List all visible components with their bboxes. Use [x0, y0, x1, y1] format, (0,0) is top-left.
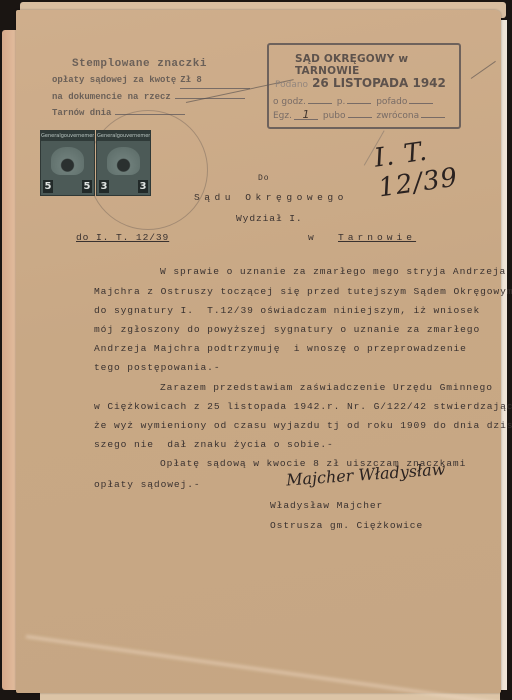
addressee-city: Tarnowie: [338, 232, 416, 243]
receipt-date-label: Podano: [275, 80, 308, 90]
revenue-stamp-header: Generalgouvernement: [97, 131, 150, 141]
stamp-field-row: o godz. p. pofado: [273, 97, 435, 107]
stamp-field-row: Egz.1 pubo zwrócona: [273, 111, 447, 121]
body-line: opłaty sądowej.-: [94, 479, 201, 490]
body-line: w Ciężkowicach z 25 listopada 1942.r. Nr…: [94, 401, 512, 412]
body-line: Zarazem przedstawiam zaświadczenie Urzęd…: [160, 382, 493, 393]
stamp-field-label: o godz.: [273, 97, 306, 107]
fee-stamp-label: Tarnów dnia: [52, 108, 111, 118]
body-line: Andrzeja Majchra podtrzymuję i wnoszę o …: [94, 343, 467, 354]
fee-stamp-title: Stemplowane znaczki: [72, 56, 252, 72]
denomination: 3: [99, 180, 109, 193]
stamp-field-label: pubo: [323, 111, 346, 121]
stamp-field-label: p.: [337, 97, 346, 107]
document-page: Stemplowane znaczki opłaty sądowej za kw…: [16, 10, 501, 693]
body-line: tego postępowania.-: [94, 362, 221, 373]
body-line: szego nie dał znaku życia o sobie.-: [94, 439, 334, 450]
stamp-field-label: Egz.: [273, 111, 292, 121]
eagle-emblem-icon: [51, 147, 84, 175]
body-line: że wyż wymieniony od czasu wyjazdu tj od…: [94, 420, 512, 431]
signatory-address: Ostrusza gm. Ciężkowice: [270, 520, 423, 531]
denomination: 5: [82, 180, 92, 193]
body-line: mój zgłoszony do powyższej sygnatury o u…: [94, 324, 480, 335]
body-line: Majchra z Ostruszy toczącej się przed tu…: [94, 286, 512, 297]
fee-stamp-row: na dokumencie na rzecz: [52, 89, 252, 105]
revenue-stamp: Generalgouvernement 3 3: [96, 130, 151, 196]
revenue-stamp-header: Generalgouvernement: [41, 131, 94, 141]
stamp-field-label: pofado: [376, 97, 407, 107]
egz-count: 1: [294, 111, 318, 120]
signatory-name: Władysław Majcher: [270, 500, 383, 511]
fee-stamp-row: opłaty sądowej za kwotęZł 8: [52, 72, 252, 89]
court-name: SĄD OKRĘGOWY w TARNOWIE: [295, 53, 459, 77]
body-line: do sygnatury I. T.12/39 oświadczam ninie…: [94, 305, 480, 316]
case-reference: do I. T. 12/39: [76, 232, 169, 243]
fee-stamp-fill: Zł 8: [180, 72, 250, 89]
stamp-field-label: zwrócona: [376, 111, 419, 121]
fee-stamp-label: opłaty sądowej za kwotę: [52, 75, 176, 85]
pencil-stroke: [471, 61, 496, 79]
eagle-emblem-icon: [107, 147, 140, 175]
body-line: W sprawie o uznanie za zmarłego mego str…: [160, 266, 506, 277]
fee-stamp-fill: [175, 98, 245, 99]
paper-crease: [26, 635, 502, 700]
revenue-stamp: Generalgouvernement 5 5: [40, 130, 95, 196]
addressee-to: Do: [258, 174, 269, 183]
fee-stamp-label: na dokumencie na rzecz: [52, 92, 171, 102]
receipt-date-row: Podano26 LISTOPADA 1942: [275, 76, 446, 90]
denomination: 5: [43, 180, 53, 193]
denomination: 3: [138, 180, 148, 193]
court-receipt-stamp: SĄD OKRĘGOWY w TARNOWIE Podano26 LISTOPA…: [267, 43, 461, 129]
addressee-city-prefix: w: [308, 232, 315, 243]
receipt-date-value: 26 LISTOPADA 1942: [312, 76, 446, 90]
addressee-division: Wydział I.: [236, 213, 303, 224]
addressee-court: Sądu Okręgowego: [194, 192, 348, 203]
